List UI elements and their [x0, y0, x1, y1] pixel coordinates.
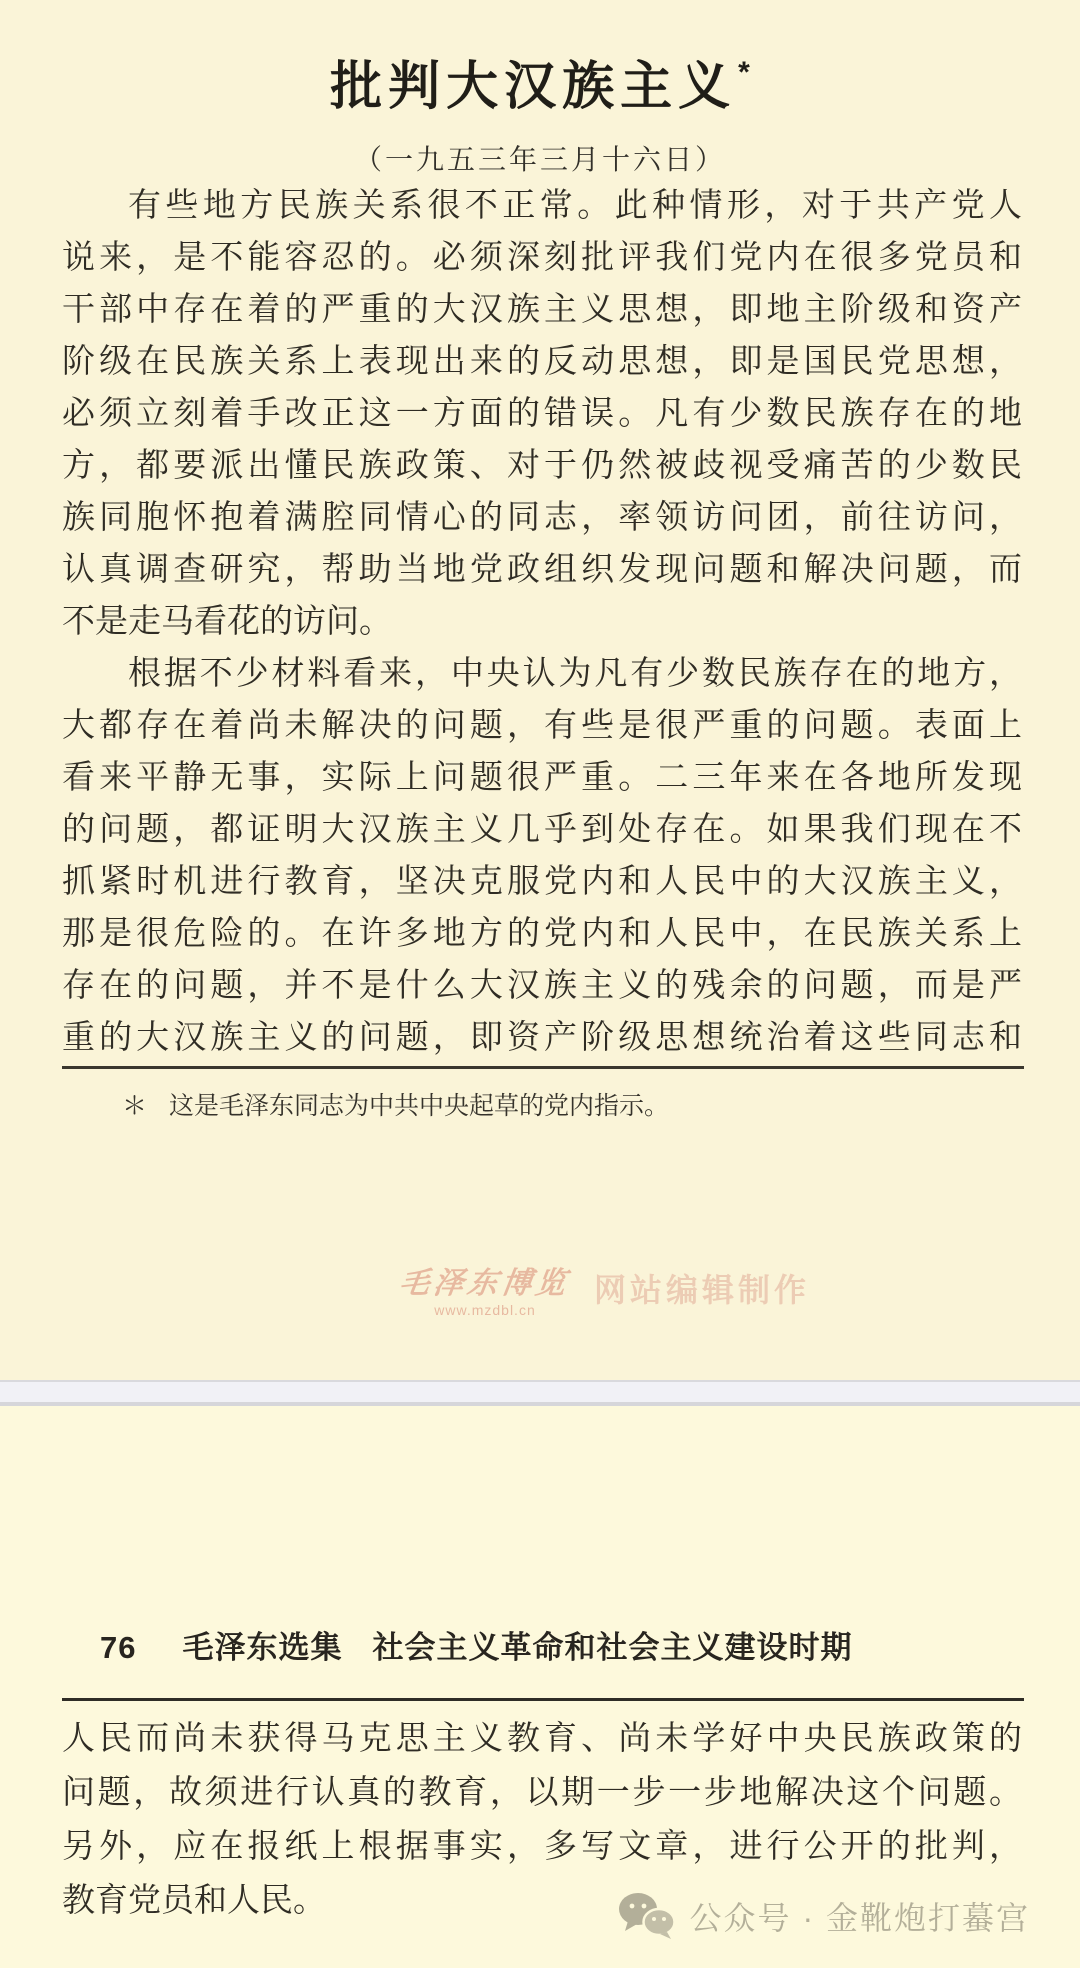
- text-line: 有些地方民族关系很不正常。此种情形，对于共产党人: [62, 180, 1022, 232]
- site-logo-block: 毛泽东博览 www.mzdbl.cn: [400, 1258, 570, 1318]
- watermark-label: 网站编辑制作: [594, 1265, 810, 1311]
- text-line: 阶级在民族关系上表现出来的反动思想，即是国民党思想，: [62, 336, 1022, 388]
- screenshot-root: 批判大汉族主义* （一九五三年三月十六日） 有些地方民族关系很不正常。此种情形，…: [0, 0, 1080, 1968]
- text-line: 方，都要派出懂民族政策、对于仍然被歧视受痛苦的少数民: [62, 440, 1022, 492]
- book-page-lower: 76毛泽东选集社会主义革命和社会主义建设时期 人民而尚未获得马克思主义教育、尚未…: [0, 1406, 1080, 1968]
- text-line: 干部中存在着的严重的大汉族主义思想，即地主阶级和资产: [62, 284, 1022, 336]
- text-line: 存在的问题，并不是什么大汉族主义的残余的问题，而是严: [62, 960, 1022, 1012]
- text-line: 问题，故须进行认真的教育，以期一步一步地解决这个问题。: [62, 1766, 1022, 1820]
- running-header: 76毛泽东选集社会主义革命和社会主义建设时期: [0, 1622, 1080, 1667]
- wechat-icon: [618, 1892, 676, 1940]
- text-line: 人民而尚未获得马克思主义教育、尚未学好中央民族政策的: [62, 1712, 1022, 1766]
- article-date: （一九五三年三月十六日）: [0, 138, 1080, 178]
- footnote-marker: ＊: [122, 1093, 147, 1120]
- article-title: 批判大汉族主义*: [0, 44, 1080, 119]
- wechat-watermark: 公众号 · 金靴炮打蟇宫: [618, 1892, 1030, 1940]
- site-url: www.mzdbl.cn: [434, 1302, 535, 1318]
- site-logo-script: 毛泽东博览: [397, 1258, 573, 1302]
- text-line: 说来，是不能容忍的。必须深刻批评我们党内在很多党员和: [62, 232, 1022, 284]
- text-line: 那是很危险的。在许多地方的党内和人民中，在民族关系上: [62, 908, 1022, 960]
- text-line: 认真调查研究，帮助当地党政组织发现问题和解决问题，而: [62, 544, 1022, 596]
- article-title-text: 批判大汉族主义: [330, 58, 736, 116]
- footnote-divider: [62, 1066, 1024, 1069]
- page-separator: [0, 1380, 1080, 1406]
- text-line: 重的大汉族主义的问题，即资产阶级思想统治着这些同志和: [62, 1012, 1022, 1064]
- text-line: 根据不少材料看来，中央认为凡有少数民族存在的地方，: [62, 648, 1022, 700]
- page-number: 76: [100, 1630, 136, 1665]
- book-title: 毛泽东选集: [182, 1630, 342, 1665]
- text-line: 的问题，都证明大汉族主义几乎到处存在。如果我们现在不: [62, 804, 1022, 856]
- footnote: ＊这是毛泽东同志为中共中央起草的党内指示。: [122, 1086, 1020, 1122]
- site-watermark: 毛泽东博览 www.mzdbl.cn 网站编辑制作: [400, 1258, 810, 1318]
- text-line: 看来平静无事，实际上问题很严重。二三年来在各地所发现: [62, 752, 1022, 804]
- book-page-upper: 批判大汉族主义* （一九五三年三月十六日） 有些地方民族关系很不正常。此种情形，…: [0, 0, 1080, 1380]
- section-title: 社会主义革命和社会主义建设时期: [372, 1630, 852, 1665]
- footnote-text: 这是毛泽东同志为中共中央起草的党内指示。: [169, 1093, 669, 1120]
- text-line: 必须立刻着手改正这一方面的错误。凡有少数民族存在的地: [62, 388, 1022, 440]
- header-rule: [62, 1698, 1024, 1701]
- article-body: 有些地方民族关系很不正常。此种情形，对于共产党人 说来，是不能容忍的。必须深刻批…: [62, 180, 1022, 1064]
- text-line: 大都存在着尚未解决的问题，有些是很严重的问题。表面上: [62, 700, 1022, 752]
- text-line: 族同胞怀抱着满腔同情心的同志，率领访问团，前往访问，: [62, 492, 1022, 544]
- text-line: 另外，应在报纸上根据事实，多写文章，进行公开的批判，: [62, 1820, 1022, 1874]
- text-line: 抓紧时机进行教育，坚决克服党内和人民中的大汉族主义，: [62, 856, 1022, 908]
- text-line: 不是走马看花的访问。: [62, 596, 1022, 648]
- title-footnote-star: *: [738, 56, 750, 89]
- wechat-account-label: 公众号 · 金靴炮打蟇宫: [690, 1893, 1030, 1939]
